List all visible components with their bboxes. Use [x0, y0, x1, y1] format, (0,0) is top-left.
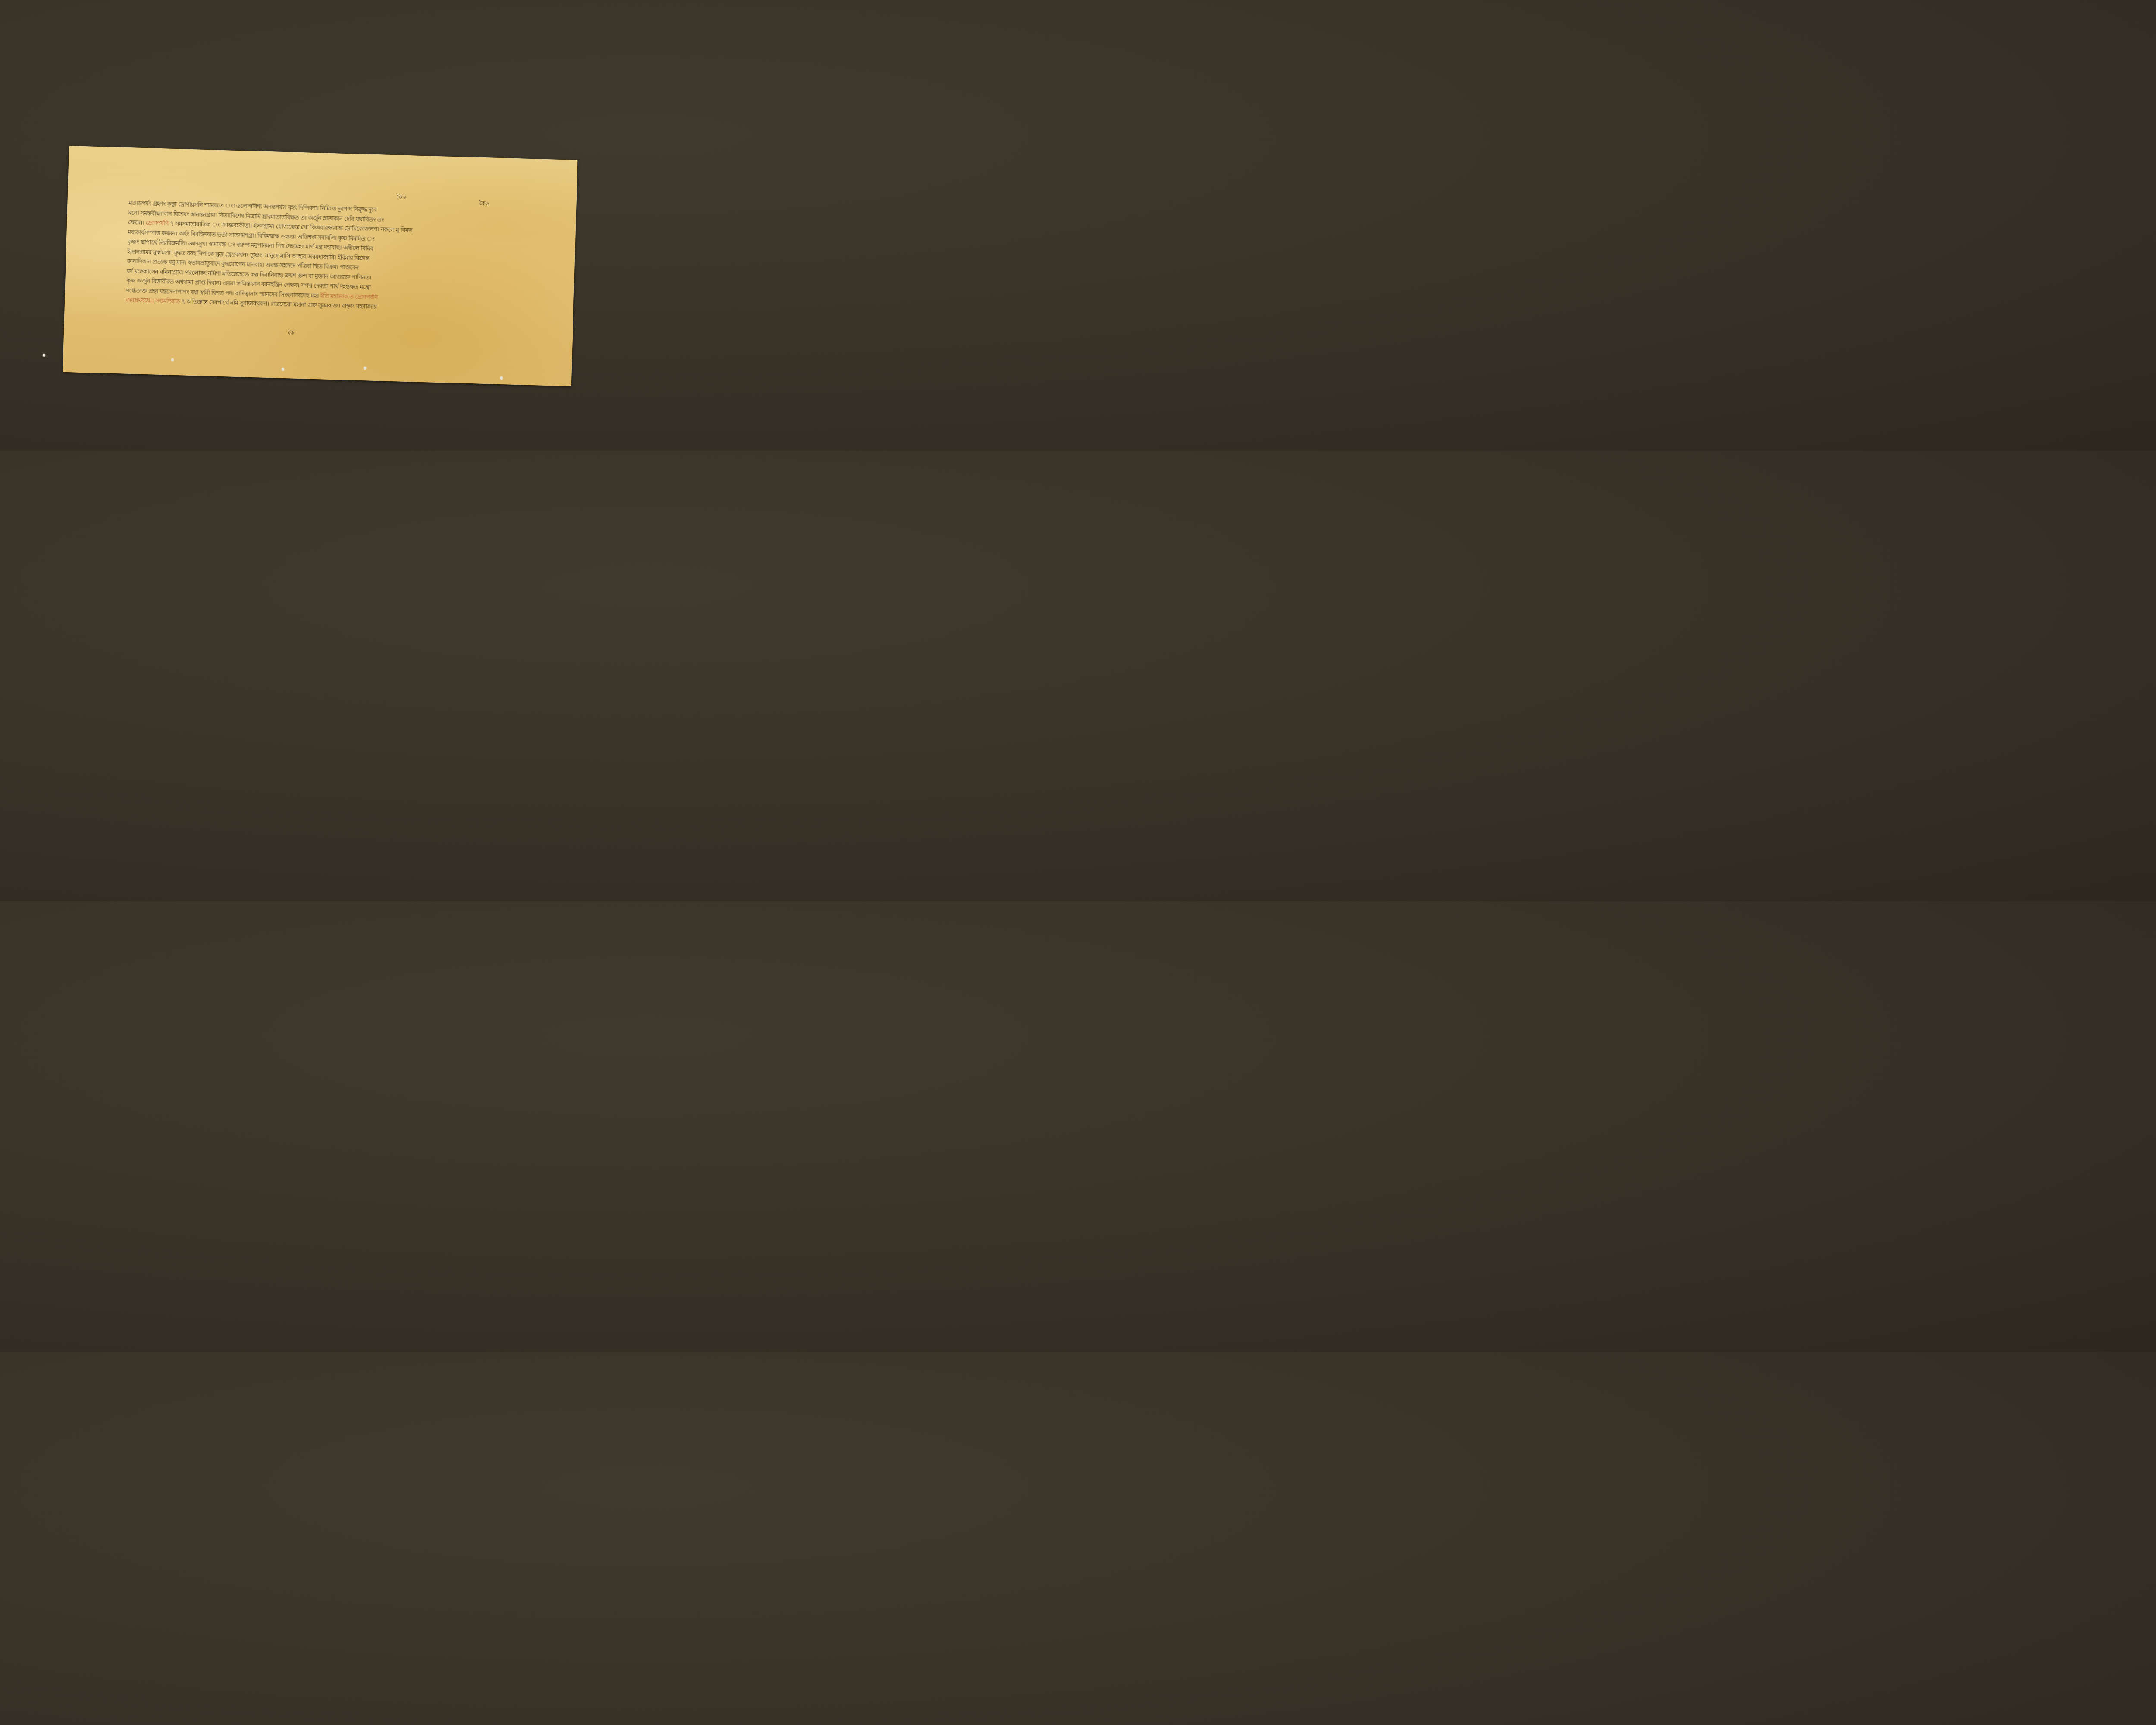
rubric-text: জয়দ্রথবধে।। সপ্তমদিবাত: [126, 297, 180, 305]
marginal-note-top-right: কৈ৬: [479, 200, 489, 209]
pin: [171, 358, 174, 361]
pin: [43, 354, 45, 357]
manuscript-folio: কৈ৬ কৈ৬ কৈ মত।ডপর্মং গ্রহণং কৃত্বা দ্রোণ…: [63, 146, 577, 386]
rubric-text: দ্রোণপর্বণি: [146, 220, 169, 227]
pin: [500, 376, 503, 379]
pin: [282, 368, 284, 371]
marginal-note-top-center: কৈ৬: [396, 193, 406, 202]
pin: [364, 367, 366, 370]
marginal-note-bottom: কৈ: [288, 329, 295, 338]
colophon-rubric: ইতি মহাভারতে দ্রোণপর্বণি: [320, 292, 378, 301]
manuscript-text: মত।ডপর্মং গ্রহণং কৃত্বা দ্রোণায়সনি শ্যা…: [126, 198, 521, 316]
